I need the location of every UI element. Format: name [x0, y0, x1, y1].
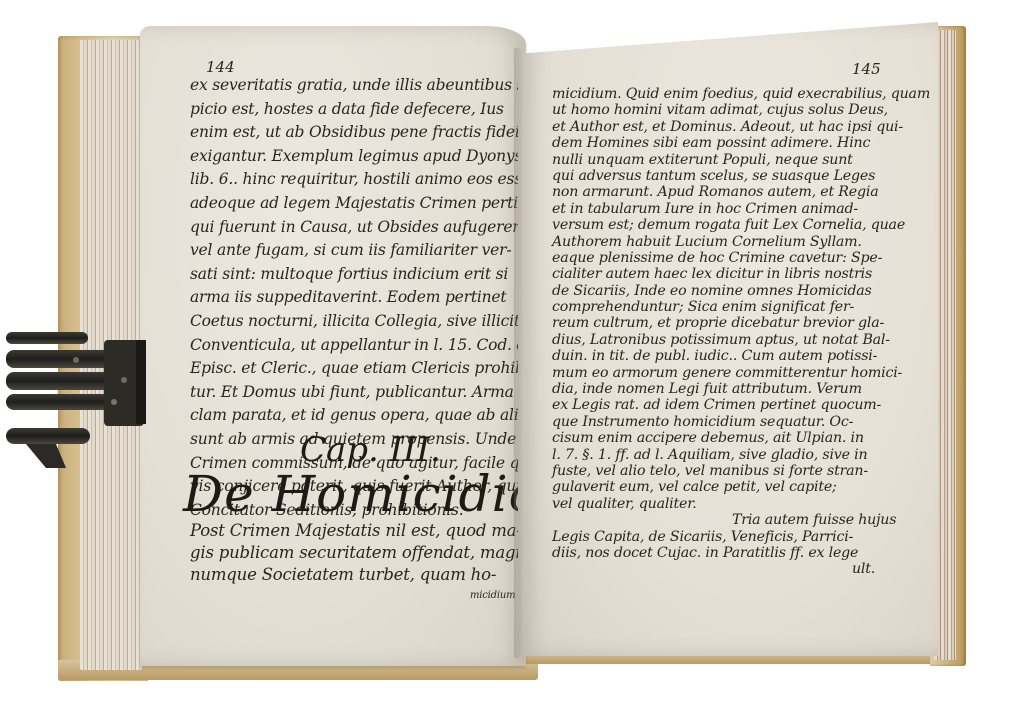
text-line: exigantur. Exemplum legimus apud Dyonys. — [190, 145, 558, 169]
text-line: dius, Latronibus potissimum aptus, ut no… — [552, 332, 930, 348]
text-line: sati sint: multoque fortius indicium eri… — [190, 263, 558, 287]
text-line: gulaverit eum, vel calce petit, vel capi… — [552, 479, 930, 495]
text-line: dia, inde nomen Legi fuit attributum. Ve… — [552, 381, 930, 397]
text-line: de Sicariis, Inde eo nomine omnes Homici… — [552, 283, 930, 299]
metal-clamp-icon — [6, 328, 151, 468]
text-line: adeoque ad legem Majestatis Crimen perti… — [190, 192, 558, 216]
chapter-title: De Homicidio — [183, 465, 540, 523]
text-line: Coetus nocturni, illicita Collegia, sive… — [190, 310, 558, 334]
text-line: Post Crimen Majestatis nil est, quod ma- — [190, 520, 534, 542]
text-line: lib. 6.. hinc requiritur, hostili animo … — [190, 168, 558, 192]
text-line: numque Societatem turbet, quam ho- — [190, 564, 534, 586]
text-line: dem Homines sibi eam possint adimere. Hi… — [552, 135, 930, 151]
text-line: comprehenduntur; Sica enim significat fe… — [552, 299, 930, 315]
left-page-text-after-title: Post Crimen Majestatis nil est, quod ma-… — [190, 520, 534, 586]
text-line: Authorem habuit Lucium Cornelium Syllam. — [552, 234, 930, 250]
text-line: Legis Capita, de Sicariis, Veneficis, Pa… — [552, 529, 930, 545]
text-line: non armarunt. Apud Romanos autem, et Reg… — [552, 184, 930, 200]
text-line: ex severitatis gratia, unde illis abeunt… — [190, 74, 558, 98]
text-line: et in tabularum Iure in hoc Crimen anima… — [552, 201, 930, 217]
text-line: Episc. et Cleric., quae etiam Clericis p… — [190, 357, 558, 381]
text-line: ex Legis rat. ad idem Crimen pertinet qu… — [552, 397, 930, 413]
text-line: clam parata, et id genus opera, quae ab … — [190, 404, 558, 428]
gutter-shadow — [514, 48, 528, 658]
right-folio-number: 145 — [852, 60, 881, 78]
text-line: mum eo armorum genere committerentur hom… — [552, 365, 930, 381]
text-line: picio est, hostes a data fide defecere, … — [190, 98, 558, 122]
text-line: enim est, ut ab Obsidibus pene fractis f… — [190, 121, 558, 145]
text-line: Tria autem fuisse hujus — [552, 512, 930, 528]
text-line: qui fuerunt in Causa, ut Obsides aufuger… — [190, 216, 558, 240]
text-line: qui adversus tantum scelus, se suasque L… — [552, 168, 930, 184]
text-line: ut homo homini vitam adimat, cujus solus… — [552, 102, 930, 118]
manuscript-photo: 144 ex severitatis gratia, unde illis ab… — [0, 0, 1024, 708]
text-line: cisum enim accipere debemus, ait Ulpian.… — [552, 430, 930, 446]
text-line: gis publicam securitatem offendat, magis… — [190, 542, 534, 564]
chapter-heading: Cap. III. — [300, 430, 441, 470]
text-line: arma iis suppeditaverint. Eodem pertinet — [190, 286, 558, 310]
text-line: tur. Et Domus ubi fiunt, publicantur. Ar… — [190, 381, 558, 405]
text-line: cialiter autem haec lex dicitur in libri… — [552, 266, 930, 282]
text-line: diis, nos docet Cujac. in Paratitlis ff.… — [552, 545, 930, 561]
right-page-text: micidium. Quid enim foedius, quid execra… — [552, 86, 930, 578]
text-line: ult. — [552, 561, 930, 577]
text-line: eaque plenissime de hoc Crimine cavetur:… — [552, 250, 930, 266]
text-line: micidium. Quid enim foedius, quid execra… — [552, 86, 930, 102]
text-line: vel ante fugam, si cum iis familiariter … — [190, 239, 558, 263]
text-line: l. 7. §. 1. ff. ad l. Aquiliam, sive gla… — [552, 447, 930, 463]
text-line: duin. in tit. de publ. iudic.. Cum autem… — [552, 348, 930, 364]
text-line: Conventicula, ut appellantur in l. 15. C… — [190, 334, 558, 358]
text-line: vel qualiter, qualiter. — [552, 496, 930, 512]
text-line: fuste, vel alio telo, vel manibus si for… — [552, 463, 930, 479]
text-line: que Instrumento homicidium sequatur. Oc- — [552, 414, 930, 430]
text-line: et Author est, et Dominus. Adeout, ut ha… — [552, 119, 930, 135]
text-line: reum cultrum, et proprie dicebatur brevi… — [552, 315, 930, 331]
text-line: versum est; demum rogata fuit Lex Cornel… — [552, 217, 930, 233]
text-line: nulli unquam extiterunt Populi, neque su… — [552, 152, 930, 168]
catchword: micidium — [470, 590, 515, 601]
